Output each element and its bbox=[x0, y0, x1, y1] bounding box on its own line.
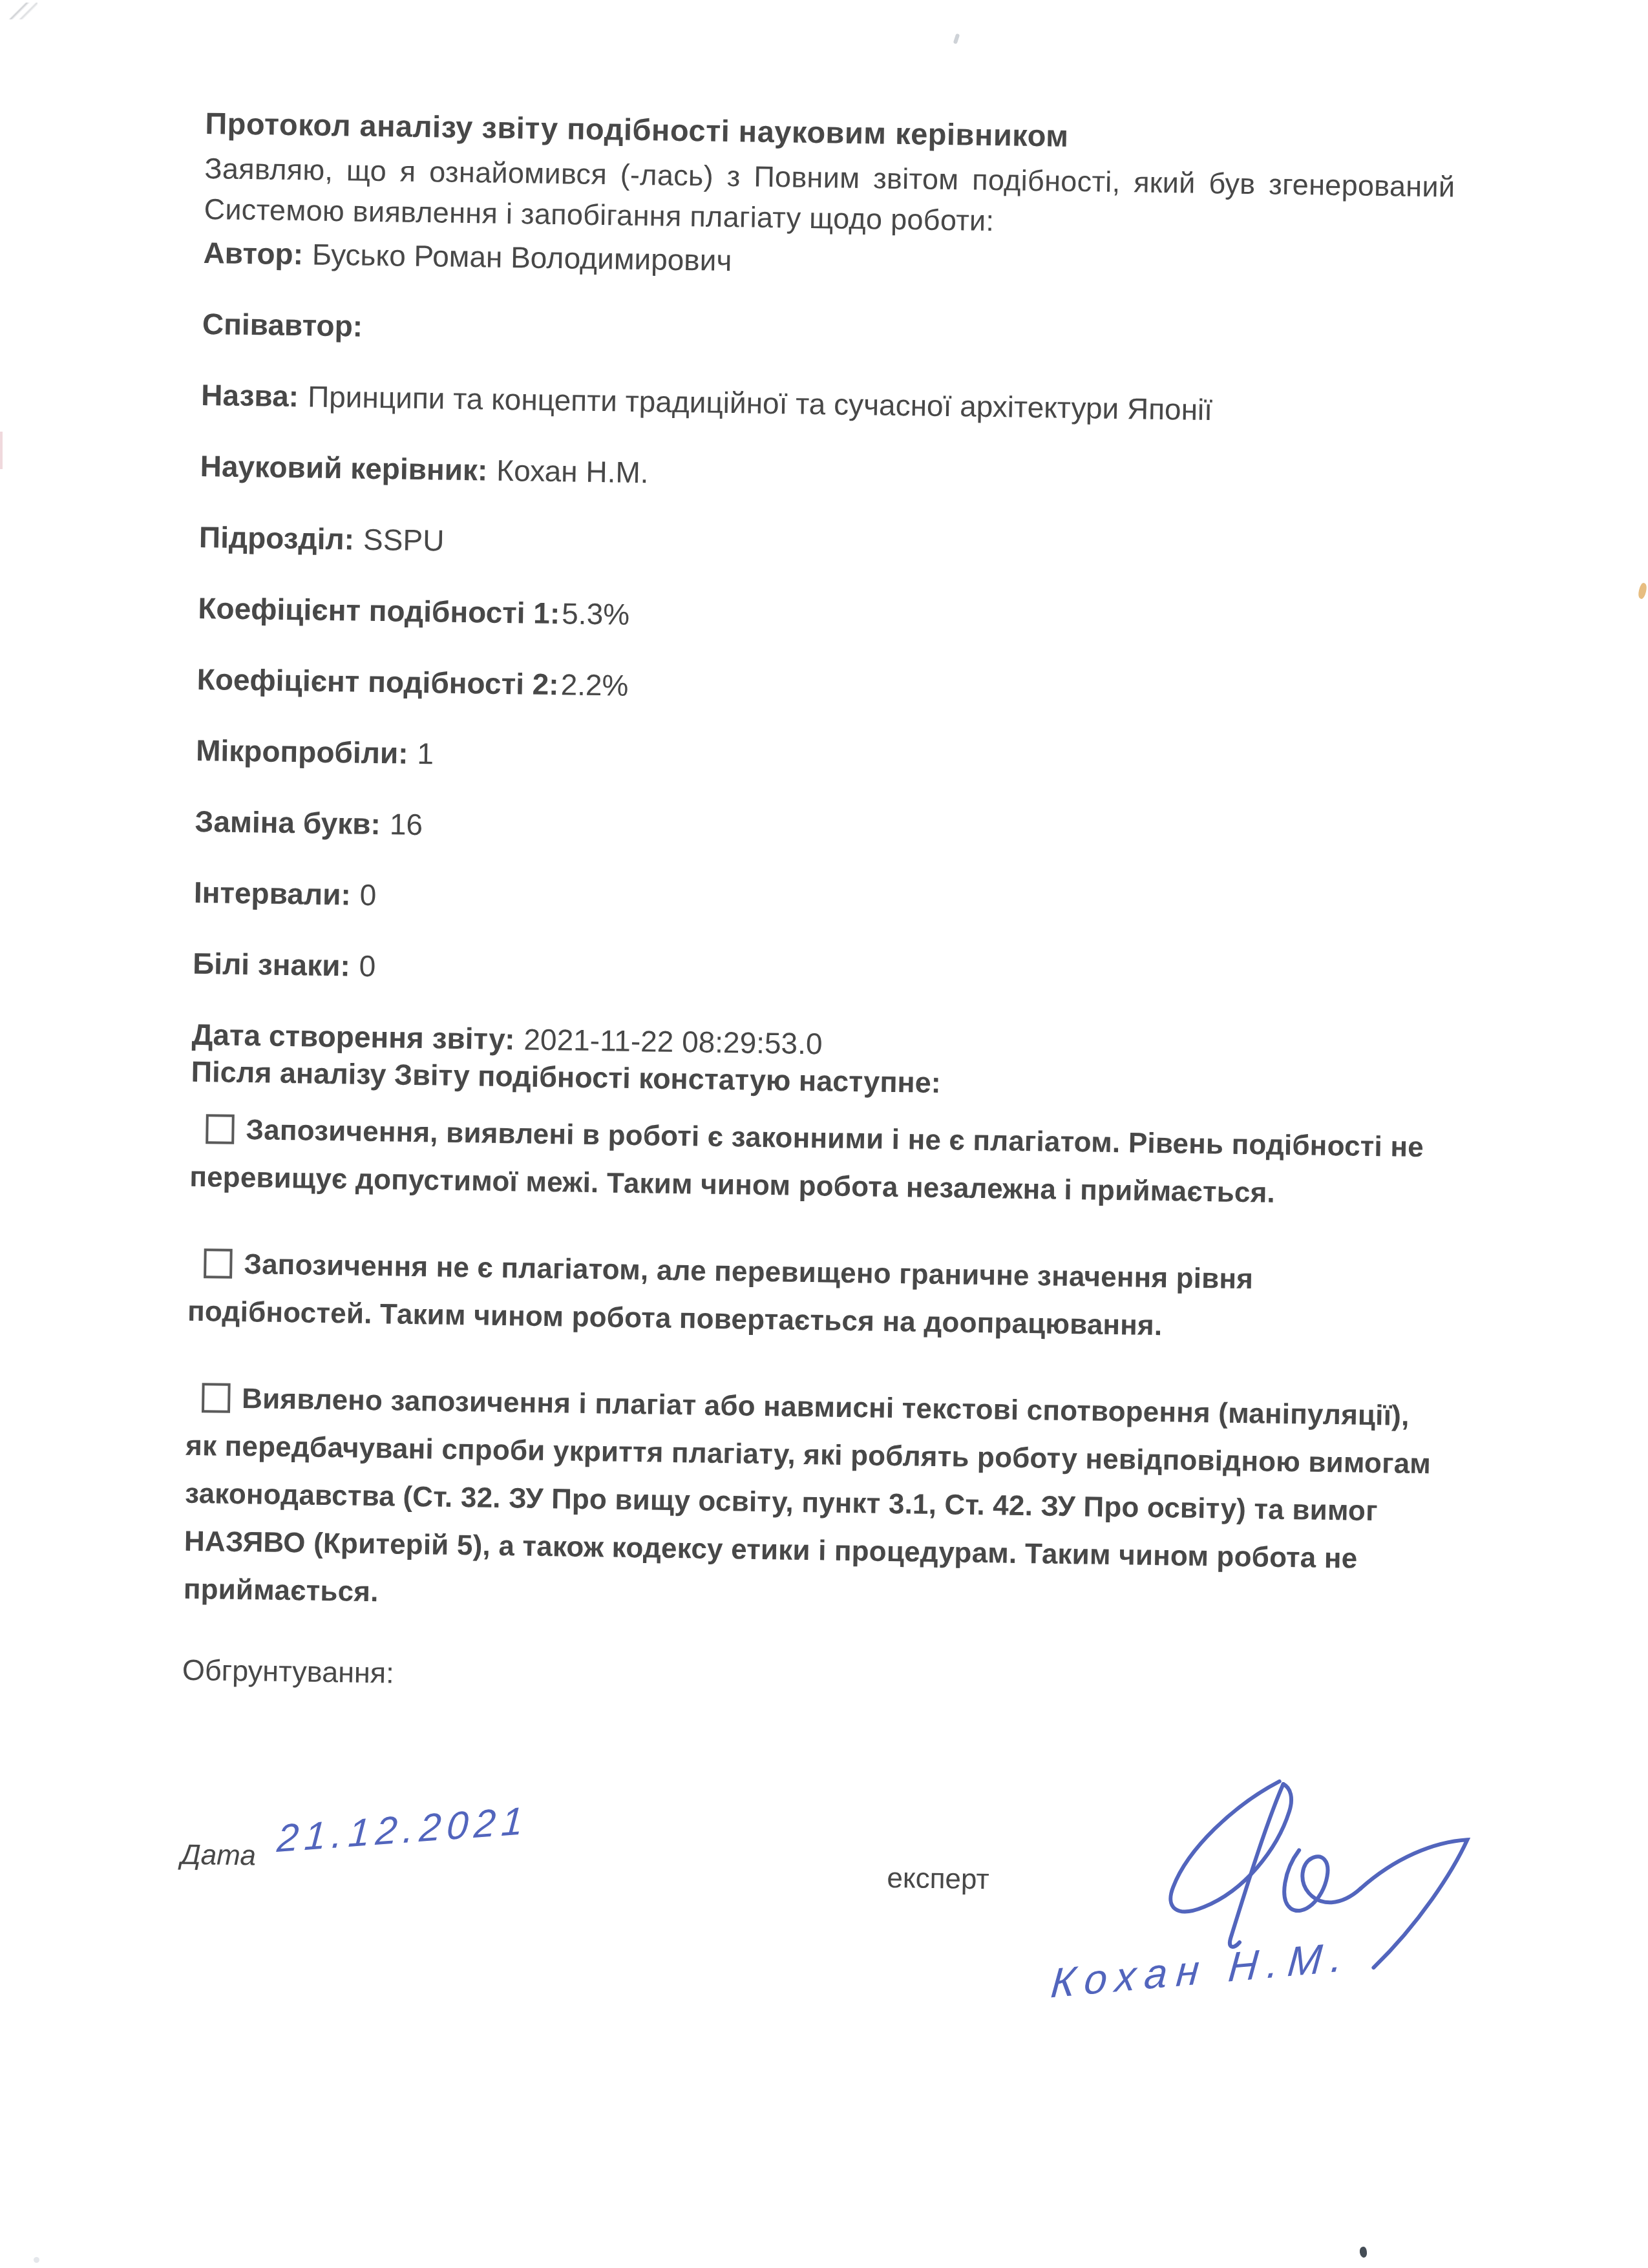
field-label: Дата створення звіту: bbox=[191, 1018, 515, 1056]
field-value: Кохан Н.М. bbox=[496, 454, 649, 489]
field-similarity-1: Коефіцієнт подібності 1:5.3% bbox=[198, 590, 1449, 645]
field-value: SSPU bbox=[363, 523, 445, 558]
field-value: 0 bbox=[359, 949, 375, 983]
option-row-1: Запозичення, виявлені в роботі є законни… bbox=[189, 1106, 1441, 1220]
field-label: Автор: bbox=[203, 236, 303, 271]
intro-paragraph: Заявляю, що я ознайомився (-лась) з Повн… bbox=[204, 148, 1455, 248]
field-label: Заміна букв: bbox=[195, 804, 381, 841]
scan-artifact-top-tick bbox=[953, 33, 960, 44]
option-text: Запозичення не є плагіатом, але перевище… bbox=[187, 1248, 1254, 1341]
field-value: Принципи та концепти традиційної та суча… bbox=[308, 379, 1213, 426]
field-value: 0 bbox=[359, 878, 376, 912]
scanned-page: { "theme":{ "paper":"#ffffff", "text":"#… bbox=[0, 0, 1648, 2268]
field-department: Підрозділ:SSPU bbox=[199, 519, 1450, 574]
option-3-checkbox-icon[interactable] bbox=[202, 1383, 231, 1413]
scan-artifact-bottom-speck bbox=[1359, 2246, 1368, 2258]
field-label: Коефіцієнт подібності 1: bbox=[198, 591, 560, 630]
field-intervals: Інтервали:0 bbox=[194, 874, 1445, 929]
field-label: Співавтор: bbox=[202, 307, 363, 343]
field-value: 2021-11-22 08:29:53.0 bbox=[523, 1022, 823, 1060]
scan-artifact-bottom-faint bbox=[34, 2257, 39, 2263]
expert-signature: Кохан Н.М. bbox=[1049, 1769, 1545, 2080]
scan-artifact-corner bbox=[4, 3, 37, 19]
field-coauthor: Співавтор: bbox=[202, 306, 1453, 361]
field-value: 2.2% bbox=[560, 667, 629, 702]
conclusion-options: Запозичення, виявлені в роботі є законни… bbox=[183, 1106, 1441, 1632]
signature-block: Дата 21.12.2021 експерт Кохан Н.М. bbox=[176, 1795, 1431, 2092]
option-text: Запозичення, виявлені в роботі є законни… bbox=[189, 1114, 1424, 1209]
field-label: Підрозділ: bbox=[199, 520, 355, 556]
option-2-checkbox-icon[interactable] bbox=[204, 1248, 233, 1279]
field-label: Науковий керівник: bbox=[200, 449, 487, 487]
field-similarity-2: Коефіцієнт подібності 2:2.2% bbox=[196, 661, 1448, 716]
field-value: 16 bbox=[390, 807, 423, 841]
expert-label: експерт bbox=[887, 1862, 989, 1896]
field-label: Білі знаки: bbox=[193, 947, 350, 983]
field-label: Мікропробіли: bbox=[196, 733, 408, 770]
option-1-checkbox-icon[interactable] bbox=[206, 1114, 235, 1144]
protocol-document: Протокол аналізу звіту подібності науков… bbox=[176, 105, 1456, 2091]
scan-artifact-right-speck bbox=[1638, 582, 1648, 600]
field-label: Коефіцієнт подібності 2: bbox=[196, 662, 559, 701]
field-value: Бусько Роман Володимирович bbox=[312, 237, 732, 277]
field-value: 1 bbox=[417, 737, 434, 770]
field-label: Назва: bbox=[201, 378, 299, 413]
option-row-2: Запозичення не є плагіатом, але перевище… bbox=[187, 1240, 1439, 1354]
field-letter-substitution: Заміна букв:16 bbox=[195, 803, 1446, 858]
field-microspaces: Мікропробіли:1 bbox=[196, 732, 1447, 787]
date-label: Дата bbox=[180, 1839, 256, 1873]
field-value bbox=[372, 310, 372, 343]
field-title: Назва:Принципи та концепти традиційної т… bbox=[201, 377, 1452, 432]
field-supervisor: Науковий керівник:Кохан Н.М. bbox=[200, 448, 1451, 503]
metadata-fields: Автор:Бусько Роман Володимирович Співавт… bbox=[191, 235, 1454, 1071]
field-label: Інтервали: bbox=[194, 876, 352, 912]
field-value: 5.3% bbox=[562, 596, 630, 631]
option-row-3: Виявлено запозичення і плагіат або навми… bbox=[183, 1374, 1437, 1632]
field-white-signs: Білі знаки:0 bbox=[193, 945, 1444, 1000]
option-text: Виявлено запозичення і плагіат або навми… bbox=[184, 1383, 1431, 1608]
justification-label: Обгрунтування: bbox=[182, 1652, 1433, 1707]
handwritten-date: 21.12.2021 bbox=[276, 1798, 531, 1861]
scan-artifact-left-strip bbox=[0, 432, 3, 469]
